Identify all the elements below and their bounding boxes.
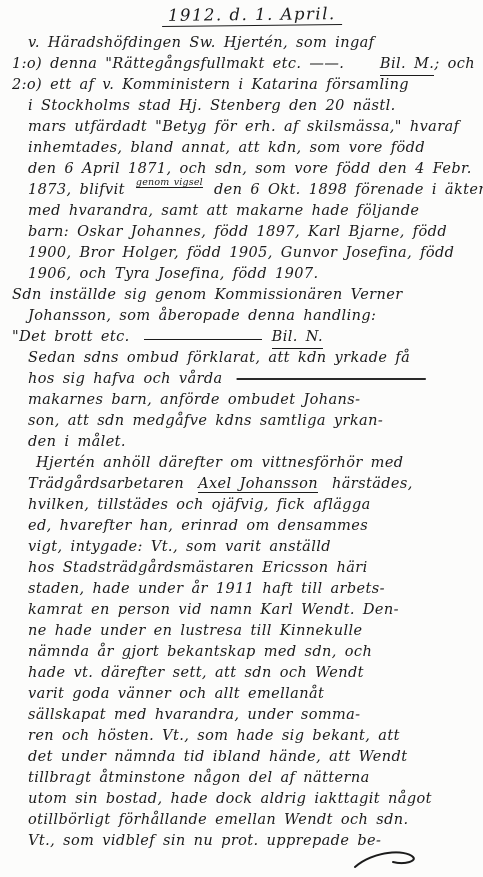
manuscript-line: 1:o) denna "Rättegångsfullmakt etc. ——. … (12, 54, 475, 75)
manuscript-line: ren och hösten. Vt., som hade sig bekant… (28, 726, 475, 747)
manuscript-line: barn: Oskar Johannes, född 1897, Karl Bj… (28, 222, 475, 243)
manuscript-line: den 6 April 1871, och sdn, som vore född… (28, 159, 475, 180)
line-text: hos sig hafva och vårda (28, 371, 223, 387)
line-text: "Det brott etc. (12, 327, 130, 348)
manuscript-line: i Stockholms stad Hj. Stenberg den 20 nä… (28, 96, 475, 117)
line-text: 1873, blifvit (28, 182, 125, 198)
manuscript-line: Trädgårdsarbetaren Axel Johansson härstä… (28, 474, 475, 495)
line-text: ; och (434, 54, 475, 75)
manuscript-line: varit goda vänner och allt emellanåt (28, 684, 475, 705)
line-text: 1:o) denna "Rättegångsfullmakt etc. ——. (12, 54, 344, 75)
manuscript-line: 1873, blifvit genom vigsel den 6 Okt. 18… (28, 180, 475, 201)
inserted-text: genom vigsel (136, 178, 203, 188)
date-heading: 1912. d. 1. April. (162, 4, 342, 27)
manuscript-line: Johansson, som åberopade denna handling: (28, 306, 475, 327)
manuscript-line: hade vt. därefter sett, att sdn och Wend… (28, 663, 475, 684)
manuscript-line: son, att sdn medgåfve kdns samtliga yrka… (28, 411, 475, 432)
manuscript-line: kamrat en person vid namn Karl Wendt. De… (28, 600, 475, 621)
manuscript-page: 1912. d. 1. April. v. Häradshöfdingen Sw… (0, 0, 483, 877)
manuscript-line: inhemtades, bland annat, att kdn, som vo… (28, 138, 475, 159)
manuscript-line: Hjertén anhöll därefter om vittnesförhör… (36, 453, 475, 474)
manuscript-line: makarnes barn, anförde ombudet Johans- (28, 390, 475, 411)
bil-m-reference: Bil. M. (380, 54, 434, 76)
manuscript-line: vigt, intygade: Vt., som varit anställd (28, 537, 475, 558)
struck-out-text: —————————————— (237, 371, 426, 387)
manuscript-line: det under nämnda tid ibland hände, att W… (28, 747, 475, 768)
manuscript-line: 1900, Bror Holger, född 1905, Gunvor Jos… (28, 243, 475, 264)
manuscript-line: 2:o) ett af v. Komministern i Katarina f… (12, 75, 475, 96)
manuscript-line: nämnda år gjort bekantskap med sdn, och (28, 642, 475, 663)
manuscript-line: hvilken, tillstädes och ojäfvig, fick af… (28, 495, 475, 516)
horizontal-rule (144, 339, 262, 340)
manuscript-line: mars utfärdadt "Betyg för erh. af skilsm… (28, 117, 475, 138)
bil-n-reference: Bil. N. (272, 327, 323, 349)
manuscript-line: sällskapat med hvarandra, under somma- (28, 705, 475, 726)
line-text: härstädes, (332, 476, 413, 492)
pen-flourish-icon (353, 849, 423, 871)
manuscript-line: med hvarandra, samt att makarne hade föl… (28, 201, 475, 222)
manuscript-line: den i målet. (28, 432, 475, 453)
witness-name: Axel Johansson (198, 476, 318, 493)
manuscript-line: "Det brott etc. Bil. N. (12, 327, 475, 348)
manuscript-line: Sdn inställde sig genom Kommissionären V… (12, 285, 475, 306)
manuscript-line: ne hade under en lustresa till Kinnekull… (28, 621, 475, 642)
manuscript-line: ed, hvarefter han, erinrad om densammes (28, 516, 475, 537)
manuscript-line: 1906, och Tyra Josefina, född 1907. (28, 264, 475, 285)
manuscript-line: otillbörligt förhållande emellan Wendt o… (28, 810, 475, 831)
manuscript-line: utom sin bostad, hade dock aldrig iaktta… (28, 789, 475, 810)
manuscript-line: v. Häradshöfdingen Sw. Hjertén, som inga… (28, 33, 475, 54)
manuscript-line: hos Stadsträdgårdsmästaren Ericsson häri (28, 558, 475, 579)
manuscript-line: Sedan sdns ombud förklarat, att kdn yrka… (28, 348, 475, 369)
line-text: den 6 Okt. 1898 förenade i äktenskap (214, 182, 483, 198)
line-text: Trädgårdsarbetaren (28, 476, 184, 492)
manuscript-line: tillbragt åtminstone någon del af nätter… (28, 768, 475, 789)
manuscript-line: hos sig hafva och vårda —————————————— (28, 369, 475, 390)
manuscript-line: staden, hade under år 1911 haft till arb… (28, 579, 475, 600)
